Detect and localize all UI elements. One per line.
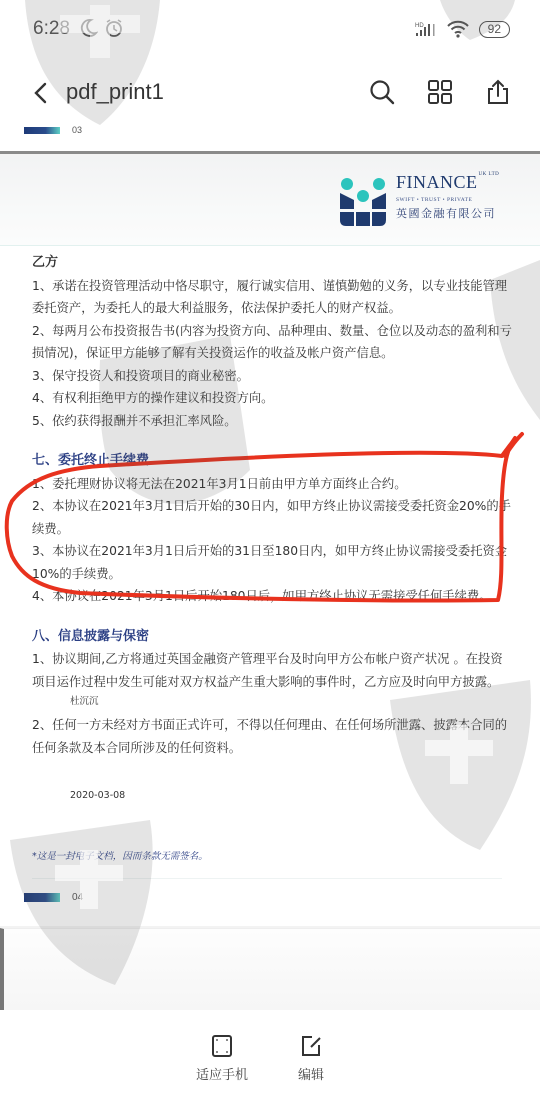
grid-view-icon[interactable] — [426, 78, 454, 106]
page-number: 04 — [72, 892, 83, 903]
edit-button[interactable]: 编辑 — [298, 1034, 324, 1083]
page-bar-decoration — [24, 127, 60, 134]
electronic-document-note: *这是一封电子文档，因而条款无需签名。 — [32, 846, 502, 880]
moon-icon — [80, 18, 98, 38]
clause: 2、本协议在2021年3月1日后开始的30日内，如甲方终止协议需接受委托资金20… — [32, 495, 512, 540]
edit-label: 编辑 — [298, 1064, 324, 1083]
document-date: 2020-03-08 — [32, 785, 512, 808]
clause: 2、任何一方未经对方书面正式许可，不得以任何理由、在任何场所泄露、披露本合同的任… — [32, 714, 512, 759]
search-icon[interactable] — [368, 78, 396, 106]
logo-brand: FINANCE — [396, 172, 478, 192]
clause: 5、依约获得报酬并不承担汇率风险。 — [32, 410, 512, 433]
clause: 4、有权利拒绝甲方的操作建议和投资方向。 — [32, 387, 512, 410]
status-time: 6:28 — [33, 18, 70, 40]
status-right: HD 92 — [415, 20, 510, 38]
page-number: 03 — [72, 125, 82, 135]
edit-icon — [299, 1034, 323, 1058]
app-actions — [368, 78, 512, 106]
previous-page-footer: 03 — [0, 118, 540, 154]
section-title-termination: 七、委托终止手续费 — [32, 450, 512, 473]
document-page[interactable]: FINANCEUK LTD SWIFT • TRUST • PRIVATE 英國… — [0, 156, 540, 926]
section-title-party-b: 乙方 — [32, 252, 512, 275]
fit-screen-icon — [210, 1034, 234, 1058]
status-icons-left — [80, 18, 124, 38]
fit-screen-label: 适应手机 — [196, 1064, 248, 1083]
logo-tagline: SWIFT • TRUST • PRIVATE — [396, 197, 516, 203]
document-body: 乙方 1、承诺在投资管理活动中恪尽职守，履行诚实信用、谨慎勤勉的义务，以专业技能… — [32, 252, 512, 879]
clause: 2、每两月公布投资报告书(内容为投资方向、品种理由、数量、仓位以及动态的盈利和亏… — [32, 320, 512, 365]
battery-indicator: 92 — [479, 21, 510, 38]
alarm-icon — [104, 18, 124, 38]
clause: 1、协议期间,乙方将通过英国金融资产管理平台及时向甲方公布帐户资产状况 。在投资… — [32, 648, 512, 693]
logo-chinese-name: 英國金融有限公司 — [396, 205, 516, 221]
wifi-icon — [447, 20, 469, 38]
fit-screen-button[interactable]: 适应手机 — [196, 1034, 248, 1083]
page-bar-decoration — [24, 893, 60, 902]
section-title-disclosure: 八、信息披露与保密 — [32, 626, 512, 649]
document-title: pdf_print1 — [66, 79, 164, 105]
clause: 1、委托理财协议将无法在2021年3月1日前由甲方单方面终止合约。 — [32, 473, 512, 496]
signal-icon: HD — [415, 21, 437, 37]
clause: 3、保守投资人和投资项目的商业秘密。 — [32, 365, 512, 388]
back-button[interactable] — [28, 78, 54, 108]
share-icon[interactable] — [484, 78, 512, 106]
clause: 4、本协议在2021年3月1日后开始180日后，如甲方终止协议无需接受任何手续费… — [32, 585, 512, 608]
bottom-toolbar: 适应手机 编辑 — [0, 1010, 540, 1107]
clause: 1、承诺在投资管理活动中恪尽职守，履行诚实信用、谨慎勤勉的义务，以专业技能管理委… — [32, 275, 512, 320]
status-bar: 6:28 HD 92 — [0, 0, 540, 58]
finance-logo-icon — [338, 176, 388, 228]
svg-text:HD: HD — [415, 23, 424, 29]
signature-name: 杜沉沉 — [32, 694, 512, 710]
clause: 3、本协议在2021年3月1日后开始的31日至180日内，如甲方终止协议需接受委… — [32, 540, 512, 585]
finance-logo-text: FINANCEUK LTD SWIFT • TRUST • PRIVATE 英國… — [396, 172, 516, 221]
logo-suffix: UK LTD — [479, 172, 500, 177]
next-page-preview[interactable] — [0, 928, 540, 1010]
